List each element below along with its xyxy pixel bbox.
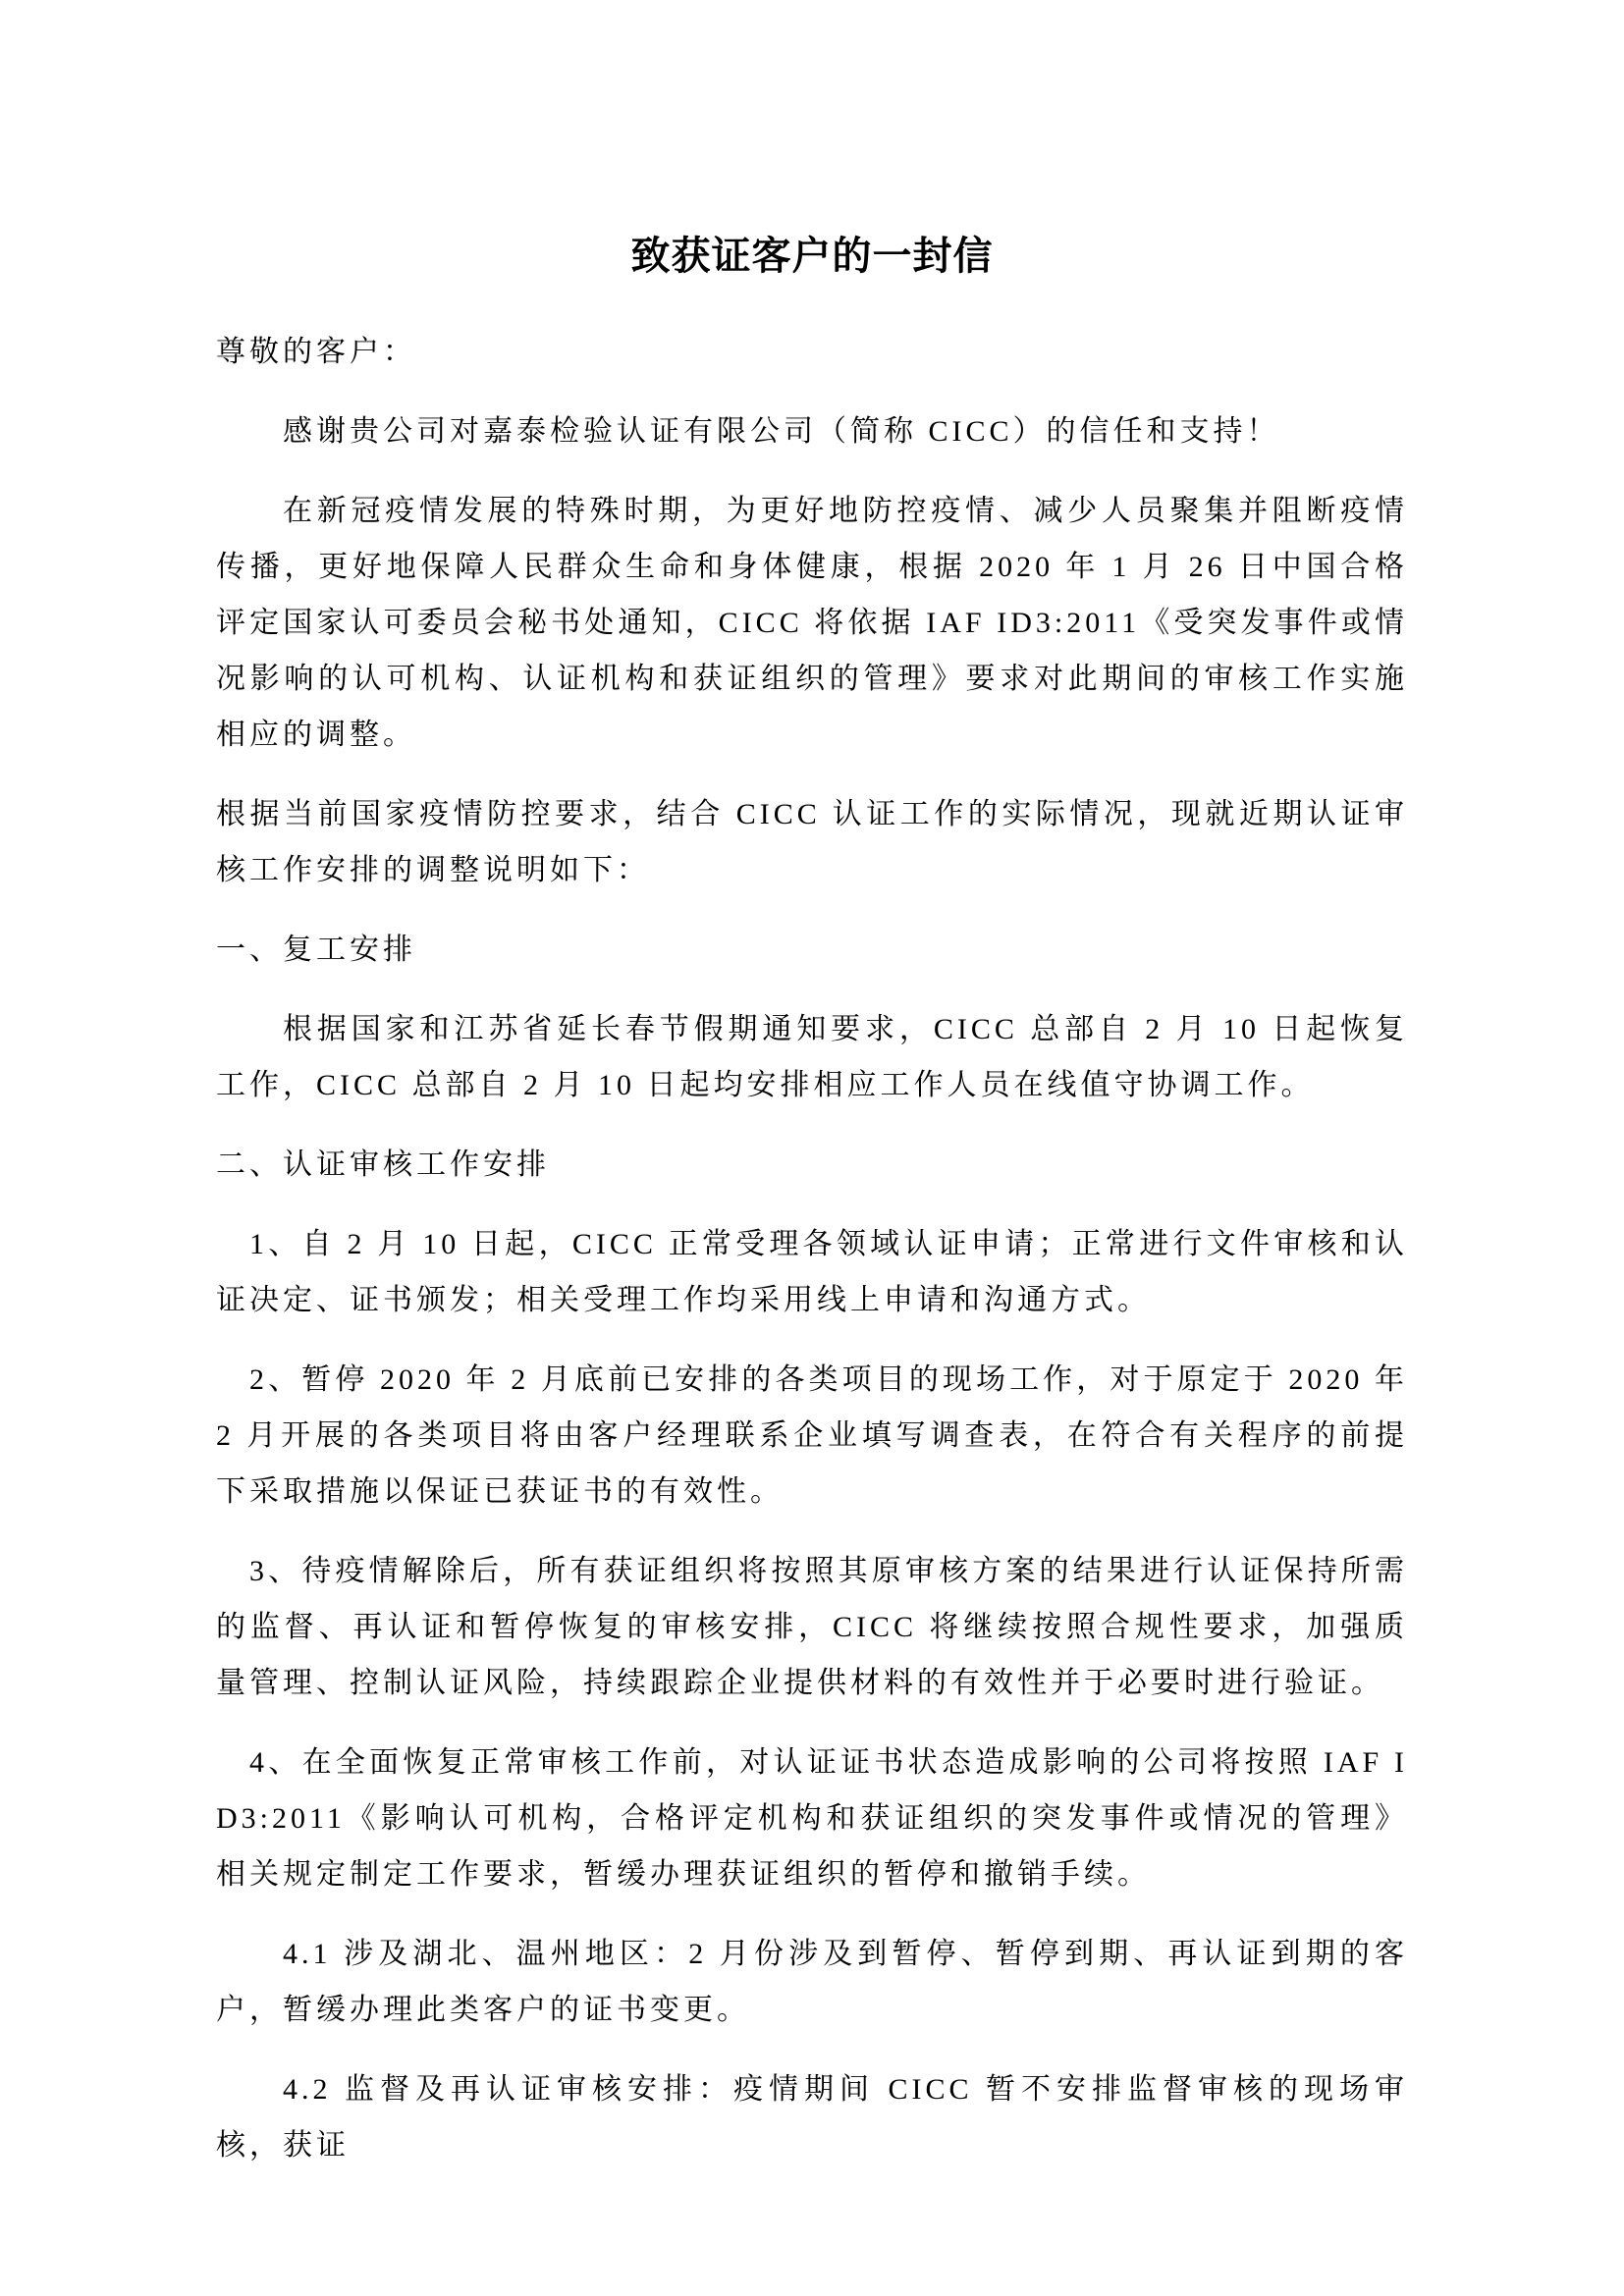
paragraph: 2、暂停 2020 年 2 月底前已安排的各类项目的现场工作，对于原定于 202… [216, 1352, 1408, 1520]
paragraph: 1、自 2 月 10 日起，CICC 正常受理各领域认证申请；正常进行文件审核和… [216, 1216, 1408, 1328]
document-title: 致获证客户的一封信 [216, 232, 1408, 281]
paragraph: 在新冠疫情发展的特殊时期，为更好地防控疫情、减少人员聚集并阻断疫情传播，更好地保… [216, 483, 1408, 763]
paragraph: 一、复工安排 [216, 922, 1408, 978]
paragraph: 3、待疫情解除后，所有获证组织将按照其原审核方案的结果进行认证保持所需的监督、再… [216, 1543, 1408, 1711]
document-page: 致获证客户的一封信 尊敬的客户：感谢贵公司对嘉泰检验认证有限公司（简称 CICC… [0, 0, 1624, 2296]
paragraph: 4、在全面恢复正常审核工作前，对认证证书状态造成影响的公司将按照 IAF ID3… [216, 1735, 1408, 1902]
paragraph: 尊敬的客户： [216, 324, 1408, 380]
paragraph: 4.1 涉及湖北、温州地区：2 月份涉及到暂停、暂停到期、再认证到期的客户，暂缓… [216, 1926, 1408, 2038]
paragraph: 感谢贵公司对嘉泰检验认证有限公司（简称 CICC）的信任和支持！ [216, 403, 1408, 459]
paragraph: 根据当前国家疫情防控要求，结合 CICC 认证工作的实际情况，现就近期认证审核工… [216, 786, 1408, 898]
paragraph: 4.2 监督及再认证审核安排：疫情期间 CICC 暂不安排监督审核的现场审核，获… [216, 2061, 1408, 2173]
document-body: 尊敬的客户：感谢贵公司对嘉泰检验认证有限公司（简称 CICC）的信任和支持！在新… [216, 324, 1408, 2173]
paragraph: 根据国家和江苏省延长春节假期通知要求，CICC 总部自 2 月 10 日起恢复工… [216, 1001, 1408, 1113]
paragraph: 二、认证审核工作安排 [216, 1137, 1408, 1193]
